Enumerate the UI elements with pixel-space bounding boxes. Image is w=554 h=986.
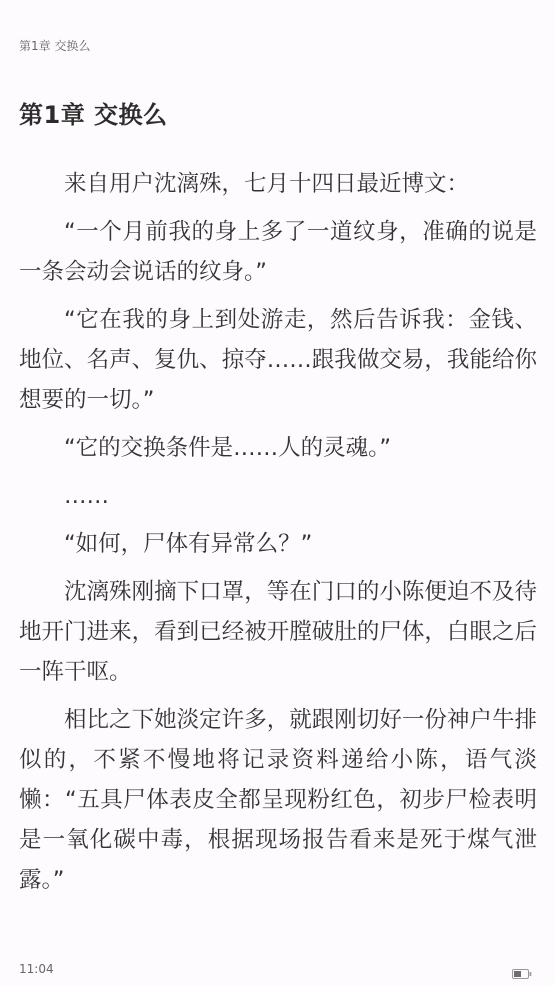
paragraph: “它的交换条件是……人的灵魂。” — [19, 428, 537, 468]
paragraph-ellipsis: …… — [19, 476, 537, 516]
chapter-title: 第1章 交换么 — [19, 99, 168, 131]
chapter-body: 来自用户沈漓殊，七月十四日最近博文： “一个月前我的身上多了一道纹身，准确的说是… — [19, 164, 537, 908]
paragraph: “它在我的身上到处游走，然后告诉我：金钱、地位、名声、复仇、掠夺……跟我做交易，… — [19, 300, 537, 420]
paragraph: “如何，尸体有异常么？” — [19, 524, 537, 564]
paragraph: “一个月前我的身上多了一道纹身，准确的说是一条会动会说话的纹身。” — [19, 212, 537, 292]
running-header-chapter-title: 第1章 交换么 — [19, 38, 90, 54]
paragraph: 来自用户沈漓殊，七月十四日最近博文： — [19, 164, 537, 204]
battery-half-icon — [512, 964, 532, 974]
clock-time: 11:04 — [19, 961, 54, 977]
paragraph: 相比之下她淡定许多，就跟刚切好一份神户牛排似的，不紧不慢地将记录资料递给小陈，语… — [19, 700, 537, 900]
reader-footer: 11:04 — [0, 958, 554, 982]
paragraph: 沈漓殊刚摘下口罩，等在门口的小陈便迫不及待地开门进来，看到已经被开膛破肚的尸体，… — [19, 572, 537, 692]
